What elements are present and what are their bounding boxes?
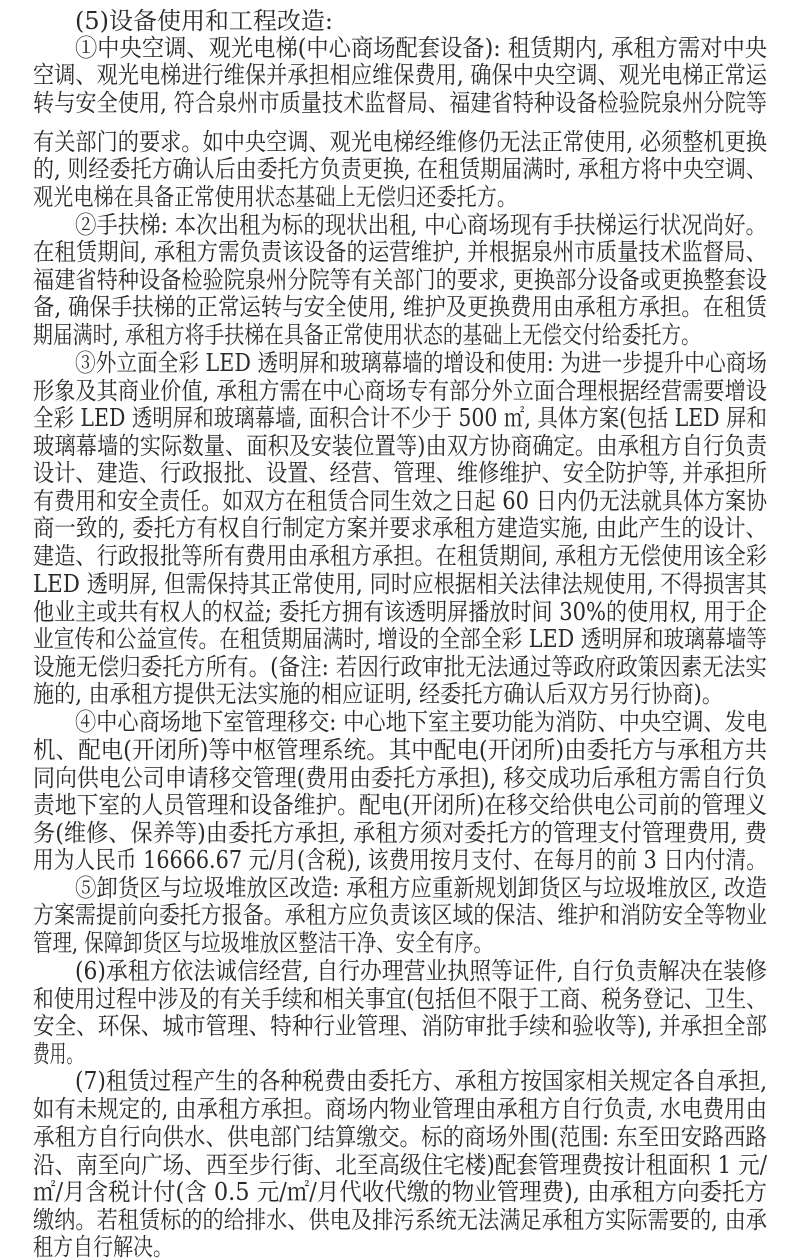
text-line: 转与安全使用, 符合泉州市质量技术监督局、福建省特种设备检验院泉州分院等 [33,88,800,118]
text-line: (5)设备使用和工程改造: [75,6,333,36]
text-line: 玻璃幕墙的实际数量、面积及安装位置等)由双方协商确定。由承租方自行负责 [33,431,800,461]
text-line: 在租赁期间, 承租方需负责该设备的运营维护, 并根据泉州市质量技术监督局、 [33,237,800,267]
text-line: 缴纳。若租赁标的的给排水、供电及排污系统无法满足承租方实际需要的, 由承 [33,1205,800,1235]
text-line: ㎡/月含税计付(含 0.5 元/㎡/月代收代缴的物业管理费), 由承租方向委托方 [33,1177,800,1207]
text-line: ④中心商场地下室管理移交: 中心地下室主要功能为消防、中央空调、发电 [75,707,800,737]
text-line: 的, 则经委托方确认后由委托方负责更换, 在租赁期届满时, 承租方将中央空调、 [33,154,800,184]
text-line: 设施无偿归委托方所有。(备注: 若因行政审批无法通过等政府政策因素无法实 [33,652,800,682]
text-line: 商一致的, 委托方有权自行制定方案并要求承租方建造实施, 由此产生的设计、 [33,513,800,543]
text-line: 建造、行政报批等所有费用由承租方承担。在租赁期间, 承租方无偿使用该全彩 [33,541,800,571]
text-line: LED 透明屏, 但需保持其正常使用, 同时应根据相关法律法规使用, 不得损害其 [33,569,800,599]
text-line: 他业主或共有权人的权益; 委托方拥有该透明屏播放时间 30%的使用权, 用于企 [33,597,800,627]
text-line: 方案需提前向委托方报备。承租方应负责该区域的保洁、维护和消防安全等物业 [33,900,800,930]
text-line: 观光电梯在具备正常使用状态基础上无偿归还委托方。 [33,182,609,212]
text-line: 如有未规定的, 由承租方承担。商场内物业管理由承租方自行负责, 水电费用由 [33,1094,800,1124]
text-line: 有关部门的要求。如中央空调、观光电梯经维修仍无法正常使用, 必须整机更换 [33,127,800,157]
text-line: 承租方自行向供水、供电部门结算缴交。标的商场外围(范围: 东至田安路西路 [33,1122,800,1152]
text-line: 费用。 [33,1039,105,1069]
text-line: ①中央空调、观光电梯(中心商场配套设备): 租赁期内, 承租方需对中央 [75,33,800,63]
text-line: 沿、南至向广场、西至步行街、北至高级住宅楼)配套管理费按计租面积 1 元/ [33,1150,800,1180]
text-line: 业宣传和公益宣传。在租赁期届满时, 增设的全部全彩 LED 透明屏和玻璃幕墙等 [33,624,800,654]
text-line: (6)承租方依法诚信经营, 自行办理营业执照等证件, 自行负责解决在装修 [75,956,800,986]
text-line: 责地下室的人员管理和设备维护。配电(开闭所)在移交给供电公司前的管理义 [33,790,800,820]
text-line: 施的, 由承租方提供无法实施的相应证明, 经委托方确认后双方另行协商)。 [33,679,800,709]
text-line: ②手扶梯: 本次出租为标的现状出租, 中心商场现有手扶梯运行状况尚好。 [75,210,800,240]
text-line: (7)租赁过程产生的各种税费由委托方、承租方按国家相关规定各自承担, [75,1066,800,1096]
text-line: 用为人民币 16666.67 元/月(含税), 该费用按月支付、在每月的前 3 … [33,845,800,875]
text-line: 设计、建造、行政报批、设置、经营、管理、维修维护、安全防护等, 并承担所 [33,458,800,488]
text-line: 有费用和安全责任。如双方在租赁合同生效之日起 60 日内仍无法就具体方案协 [33,486,800,516]
text-line: 期届满时, 承租方将手扶梯在具备正常使用状态的基础上无偿交付给委托方。 [33,320,800,350]
text-line: 和使用过程中涉及的有关手续和相关事宜(包括但不限于工商、税务登记、卫生、 [33,984,800,1014]
text-line: 形象及其商业价值, 承租方需在中心商场专有部分外立面合理根据经营需要增设 [33,376,800,406]
text-line: 管理, 保障卸货区与垃圾堆放区整洁干净、安全有序。 [33,928,600,958]
text-line: 安全、环保、城市管理、特种行业管理、消防审批手续和验收等), 并承担全部 [33,1011,800,1041]
text-line: 租方自行解决。 [33,1232,201,1258]
text-line: 空调、观光电梯进行维保并承担相应维保费用, 确保中央空调、观光电梯正常运 [33,60,800,90]
text-line: 备, 确保手扶梯的正常运转与安全使用, 维护及更换费用由承租方承担。在租赁 [33,292,800,322]
text-line: 机、配电(开闭所)等中枢管理系统。其中配电(开闭所)由委托方与承租方共 [33,735,800,765]
text-line: ③外立面全彩 LED 透明屏和玻璃幕墙的增设和使用: 为进一步提升中心商场 [75,348,800,378]
text-line: 务(维修、保养等)由委托方承担, 承租方须对委托方的管理支付管理费用, 费 [33,818,800,848]
text-line: 全彩 LED 透明屏和玻璃幕墙, 面积合计不少于 500 ㎡, 具体方案(包括 … [33,403,800,433]
text-line: 福建省特种设备检验院泉州分院等有关部门的要求, 更换部分设备或更换整套设 [33,265,800,295]
text-line: 同向供电公司申请移交管理(费用由委托方承担), 移交成功后承租方需自行负 [33,763,800,793]
text-line: ⑤卸货区与垃圾堆放区改造: 承租方应重新规划卸货区与垃圾堆放区, 改造 [75,873,800,903]
